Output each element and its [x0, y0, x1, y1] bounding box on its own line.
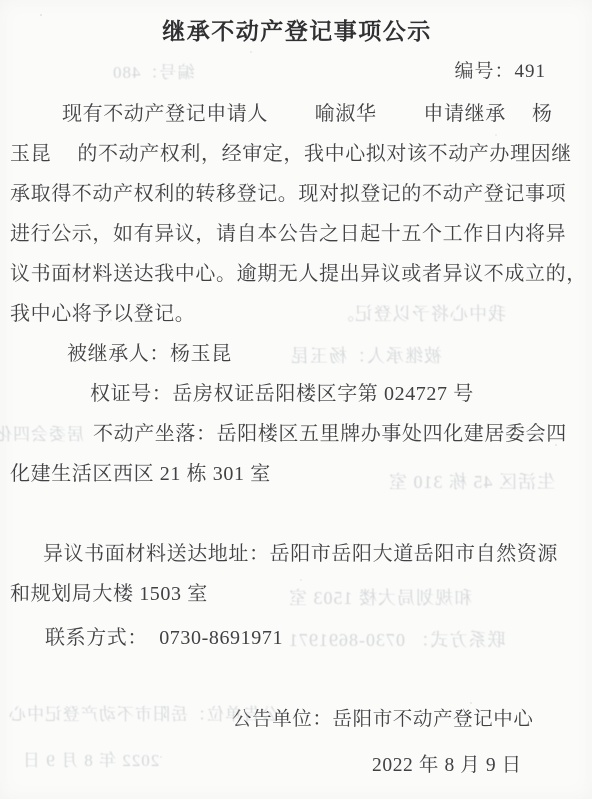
field-contact-phone: 联系方式： 0730-8691971 [10, 618, 584, 658]
paragraph-line: 承取得不动产权利的转移登记。现对拟登记的不动产登记事项 [10, 174, 584, 214]
blank-line [10, 494, 584, 534]
scanned-notice-page: 继承不动产登记事项公示 编号：491 现有不动产登记申请人 喻淑华 申请继承 杨… [0, 0, 592, 799]
issuing-unit: 公告单位：岳阳市不动产登记中心 [10, 700, 584, 740]
field-decedent: 被继承人：杨玉昆 [10, 334, 584, 374]
issue-date: 2022 年 8 月 9 日 [10, 746, 584, 786]
paragraph-line: 我中心将予以登记。 [10, 294, 584, 334]
paragraph-line: 玉昆 的不动产权利，经审定，我中心拟对该不动产办理因继 [10, 134, 584, 174]
scan-noise-specks [40, 14, 42, 16]
paragraph-line: 议书面材料送达我中心。逾期无人提出异议或者异议不成立的， [10, 254, 584, 294]
blank-line [10, 658, 584, 698]
field-cert-number: 权证号：岳房权证岳阳楼区字第 024727 号 [10, 374, 584, 414]
paragraph-line: 进行公示，如有异议，请自本公告之日起十五个工作日内将异 [10, 214, 584, 254]
notice-number: 编号：491 [10, 58, 584, 86]
notice-body: 现有不动产登记申请人 喻淑华 申请继承 杨 玉昆 的不动产权利，经审定，我中心拟… [10, 94, 584, 786]
notice-title: 继承不动产登记事项公示 [10, 16, 584, 48]
field-objection-address-line2: 和规划局大楼 1503 室 [10, 574, 584, 614]
field-property-location-line1: 不动产坐落：岳阳楼区五里牌办事处四化建居委会四 [10, 414, 584, 454]
paragraph-line: 现有不动产登记申请人 喻淑华 申请继承 杨 [10, 94, 584, 134]
field-objection-address-line1: 异议书面材料送达地址：岳阳市岳阳大道岳阳市自然资源 [10, 534, 584, 574]
field-property-location-line2: 化建生活区西区 21 栋 301 室 [10, 454, 584, 494]
